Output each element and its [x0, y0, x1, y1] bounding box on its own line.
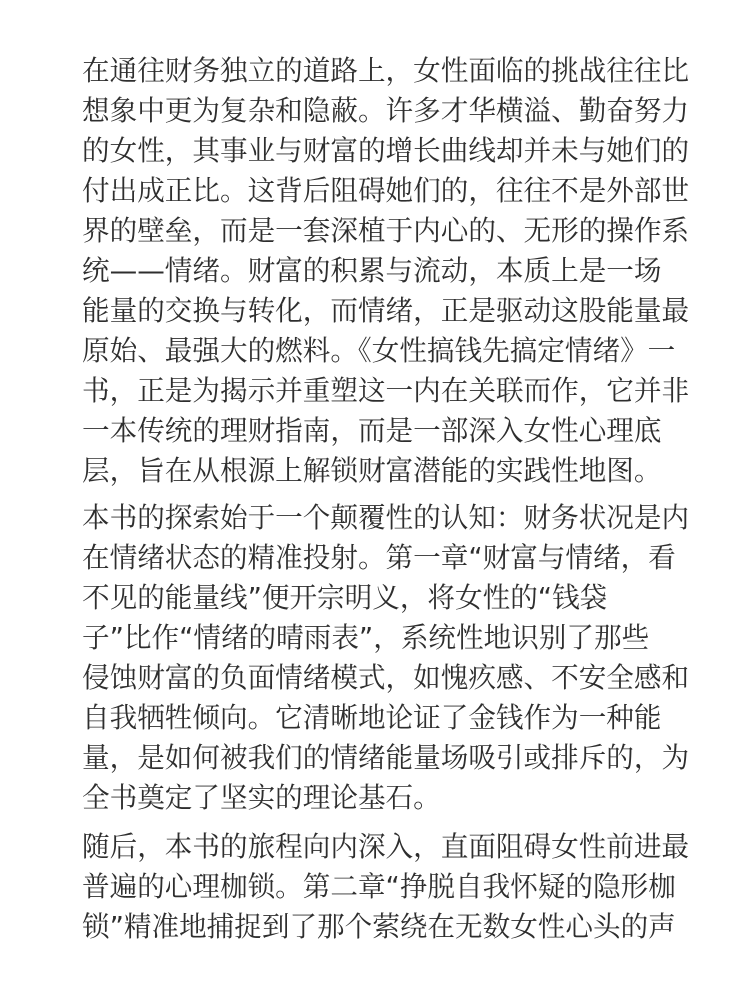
- text-line: 锁”精准地捕捉到了那个萦绕在无数女性心头的声: [82, 907, 689, 947]
- text-line: 在情绪状态的精准投射。第一章“财富与情绪，看: [82, 538, 689, 578]
- paragraph-chapter-two: 随后，本书的旅程向内深入，直面阻碍女性前进最 普遍的心理枷锁。第二章“挣脱自我怀…: [82, 827, 689, 947]
- text-line: 一本传统的理财指南，而是一部深入女性心理底: [82, 411, 689, 451]
- text-line: 付出成正比。这背后阻碍她们的，往往不是外部世: [82, 171, 689, 211]
- text-line: 原始、最强大的燃料。《女性搞钱先搞定情绪》一: [82, 331, 689, 371]
- text-line: 侵蚀财富的负面情绪模式，如愧疚感、不安全感和: [82, 658, 689, 698]
- text-line: 界的壁垒，而是一套深植于内心的、无形的操作系: [82, 211, 689, 251]
- text-line: 自我牺牲倾向。它清晰地论证了金钱作为一种能: [82, 698, 689, 738]
- text-line: 普遍的心理枷锁。第二章“挣脱自我怀疑的隐形枷: [82, 867, 689, 907]
- text-line: 的女性，其事业与财富的增长曲线却并未与她们的: [82, 131, 689, 171]
- text-line: 书，正是为揭示并重塑这一内在关联而作，它并非: [82, 371, 689, 411]
- text-line: 全书奠定了坚实的理论基石。: [82, 778, 689, 818]
- text-line: 子”比作“情绪的晴雨表”，系统性地识别了那些: [82, 618, 689, 658]
- paragraph-chapter-one: 本书的探索始于一个颠覆性的认知：财务状况是内 在情绪状态的精准投射。第一章“财富…: [82, 498, 689, 818]
- paragraph-introduction: 在通往财务独立的道路上，女性面临的挑战往往比 想象中更为复杂和隐蔽。许多才华横溢…: [82, 51, 689, 491]
- text-line: 层，旨在从根源上解锁财富潜能的实践性地图。: [82, 451, 689, 491]
- text-line: 想象中更为复杂和隐蔽。许多才华横溢、勤奋努力: [82, 91, 689, 131]
- text-line: 能量的交换与转化，而情绪，正是驱动这股能量最: [82, 291, 689, 331]
- text-line: 统——情绪。财富的积累与流动，本质上是一场: [82, 251, 689, 291]
- text-line: 量，是如何被我们的情绪能量场吸引或排斥的，为: [82, 738, 689, 778]
- text-line: 在通往财务独立的道路上，女性面临的挑战往往比: [82, 51, 689, 91]
- text-line: 随后，本书的旅程向内深入，直面阻碍女性前进最: [82, 827, 689, 867]
- text-line: 不见的能量线”便开宗明义，将女性的“钱袋: [82, 578, 689, 618]
- text-line: 本书的探索始于一个颠覆性的认知：财务状况是内: [82, 498, 689, 538]
